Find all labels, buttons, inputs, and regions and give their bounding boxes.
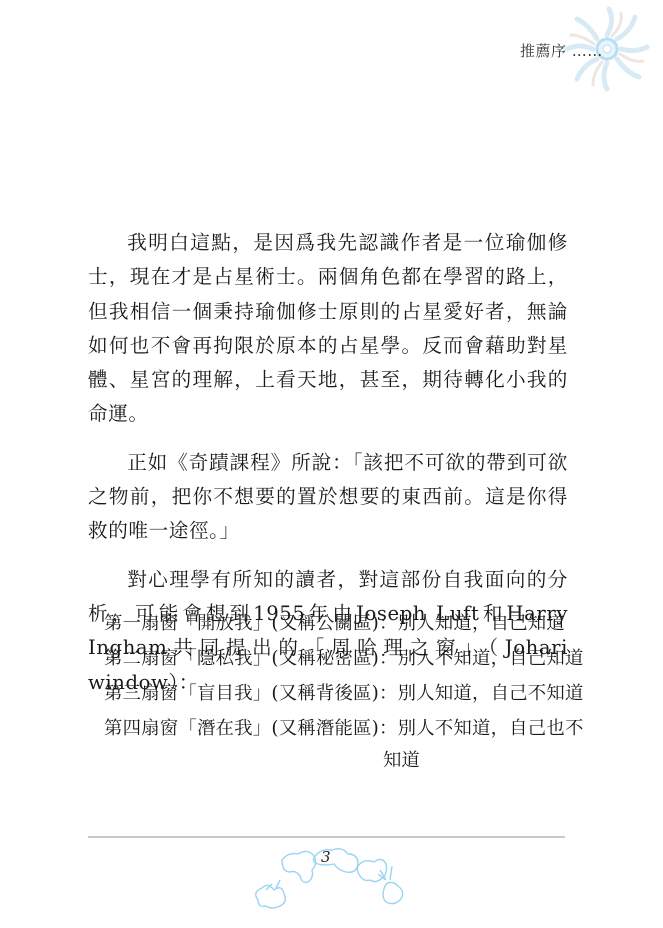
- johari-window-list: 第一扇窗「開放我」(又稱公關區)： 別人知道，自己知道 第二扇窗「隱私我」(又稱…: [104, 606, 574, 776]
- johari-desc-continuation: 知道: [104, 746, 574, 776]
- johari-label: 第四扇窗「潛在我」(又稱潛能區)：: [104, 711, 398, 746]
- johari-item: 第一扇窗「開放我」(又稱公關區)： 別人知道，自己知道: [104, 606, 574, 641]
- footer-divider: [88, 836, 565, 838]
- johari-desc: 別人知道，自己不知道: [398, 676, 584, 711]
- johari-label: 第二扇窗「隱私我」(又稱秘密區)：: [104, 641, 398, 676]
- page-header: 推薦序 ……: [0, 0, 663, 100]
- paragraph: 正如《奇蹟課程》所說：「該把不可欲的帶到可欲之物前，把你不想要的置於想要的東西前…: [88, 446, 568, 549]
- johari-label: 第一扇窗「開放我」(又稱公關區)：: [104, 606, 398, 641]
- johari-label: 第三扇窗「盲目我」(又稱背後區)：: [104, 676, 398, 711]
- zodiac-figures-icon: [240, 840, 440, 920]
- paragraph: 我明白這點，是因爲我先認識作者是一位瑜伽修士，現在才是占星術士。兩個角色都在學習…: [88, 226, 568, 432]
- page-number: 3: [321, 848, 331, 866]
- johari-item: 第二扇窗「隱私我」(又稱秘密區)： 別人不知道，自己知道: [104, 641, 574, 676]
- running-head: 推薦序 ……: [520, 40, 603, 61]
- johari-item: 第三扇窗「盲目我」(又稱背後區)： 別人知道，自己不知道: [104, 676, 574, 711]
- johari-desc: 別人不知道，自己知道: [398, 641, 584, 676]
- johari-desc: 別人知道，自己知道: [398, 606, 565, 641]
- johari-desc: 別人不知道，自己也不: [398, 711, 584, 746]
- johari-item: 第四扇窗「潛在我」(又稱潛能區)： 別人不知道，自己也不: [104, 711, 574, 746]
